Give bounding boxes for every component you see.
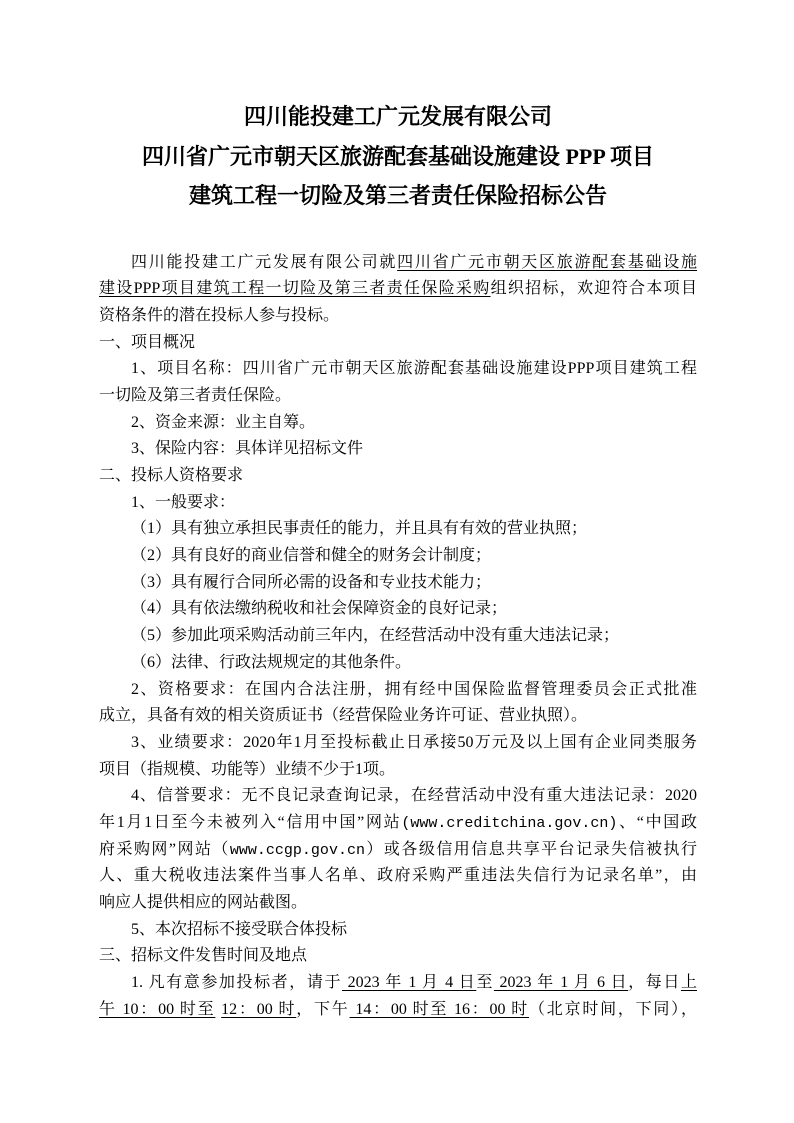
text-run: 一、项目概况 [99,334,195,351]
document-line: 建设PPP项目建筑工程一切险及第三者责任保险采购组织招标，欢迎符合本项目 [99,276,697,303]
text-run: 2、资金来源：业主自筹。 [131,414,315,431]
document-line: 4、信誉要求：无不良记录查询记录，在经营活动中没有重大违法记录：2020 [99,783,697,810]
document-line: 成立，具备有效的相关资质证书（经营保险业务许可证、营业执照）。 [99,703,697,730]
document-line: （5）参加此项采购活动前三年内，在经营活动中没有重大违法记录； [99,623,697,650]
text-run: 一切险及第三者责任保险。 [99,387,291,404]
underlined-text: 2023 年 1 月 6 日 [494,974,628,991]
text-run: 组织招标，欢迎符合本项目 [491,280,697,297]
text-run: 至 [476,974,494,991]
document-line: 响应人提供相应的网站截图。 [99,890,697,917]
document-line: 三、招标文件发售时间及地点 [99,943,697,970]
underlined-text: 四川省广元市朝天区旅游配套基础设施 [397,254,697,271]
document-line: （2）具有良好的商业信誉和健全的财务会计制度； [99,543,697,570]
underlined-text: 2023 年 1 月 4 日 [342,974,476,991]
text-run: （6）法律、行政法规规定的其他条件。 [131,654,411,671]
text-run: 5、本次招标不接受联合体投标 [131,921,347,938]
document-line: 项目（指规模、功能等）业绩不少于1项。 [99,757,697,784]
text-run: 1. 凡有意参加投标者，请于 [131,974,342,991]
text-run: 三、招标文件发售时间及地点 [99,947,307,964]
text-run: 成立，具备有效的相关资质证书（经营保险业务许可证、营业执照）。 [99,707,587,724]
document-line: 1. 凡有意参加投标者，请于 2023 年 1 月 4 日至 2023 年 1 … [99,970,697,997]
document-line: 府采购网”网站（www.ccgp.gov.cn）或各级信用信息共享平台记录失信被… [99,837,697,864]
document-line: 人、重大税收违法案件当事人名单、政府采购严重违法失信行为记录名单”，由 [99,863,697,890]
url-text: (www.creditchina.gov.cn) [401,815,617,832]
text-run: （3）具有履行合同所必需的设备和专业技术能力； [131,574,491,591]
document-line: 3、保险内容：具体详见招标文件 [99,436,697,463]
text-run: ，下午 [296,1001,349,1018]
document-line: 二、投标人资格要求 [99,463,697,490]
document-line: （4）具有依法缴纳税收和社会保障资金的良好记录； [99,596,697,623]
underlined-text: 14：00 时至 16：00 时 [350,1001,529,1018]
text-run: 2、资格要求：在国内合法注册，拥有经中国保险监督管理委员会正式批准 [131,681,697,698]
underlined-text: 12：00 时 [221,1001,296,1018]
url-text: www.ccgp.gov.cn [230,842,365,859]
text-run: 资格条件的潜在投标人参与投标。 [99,307,339,324]
text-run: 二、投标人资格要求 [99,467,243,484]
text-run: 年1月1日至今未被列入“信用中国”网站 [99,814,401,831]
text-run: ）或各级信用信息共享平台记录失信被执行 [365,841,697,858]
document-line: 1、一般要求： [99,490,697,517]
document-line: 资格条件的潜在投标人参与投标。 [99,303,697,330]
document-line: （1）具有独立承担民事责任的能力，并且具有有效的营业执照； [99,516,697,543]
document-line: 2、资金来源：业主自筹。 [99,410,697,437]
document-line: 午 10：00 时至 12：00 时，下午 14：00 时至 16：00 时（北… [99,997,697,1024]
text-run: 3、业绩要求：2020年1月至投标截止日承接50万元及以上国有企业同类服务 [131,734,697,751]
text-run: （4）具有依法缴纳税收和社会保障资金的良好记录； [131,600,507,617]
text-run: 1、一般要求： [131,494,235,511]
text-run: （5）参加此项采购活动前三年内，在经营活动中没有重大违法记录； [131,627,619,644]
underlined-text: 上 [681,974,697,991]
text-run: 、“中国政 [617,814,697,831]
underlined-text: 建设PPP项目建筑工程一切险及第三者责任保险采购 [99,280,491,297]
text-run: 府采购网”网站（ [99,841,230,858]
document-line: （3）具有履行合同所必需的设备和专业技术能力； [99,570,697,597]
text-run: 4、信誉要求：无不良记录查询记录，在经营活动中没有重大违法记录：2020 [131,787,697,804]
document-line: 5、本次招标不接受联合体投标 [99,917,697,944]
document-line: 2、资格要求：在国内合法注册，拥有经中国保险监督管理委员会正式批准 [99,677,697,704]
text-run: ，每日 [628,974,681,991]
document-title-line: 四川省广元市朝天区旅游配套基础设施建设 PPP 项目 [99,137,697,177]
document-title: 四川能投建工广元发展有限公司 四川省广元市朝天区旅游配套基础设施建设 PPP 项… [99,97,697,216]
text-run: （北京时间，下同）， [529,1001,697,1018]
document-line: （6）法律、行政法规规定的其他条件。 [99,650,697,677]
text-run: 项目（指规模、功能等）业绩不少于1项。 [99,761,395,778]
text-run: 四川能投建工广元发展有限公司就 [131,254,397,271]
text-run: 人、重大税收违法案件当事人名单、政府采购严重违法失信行为记录名单”，由 [99,867,697,884]
text-run: 响应人提供相应的网站截图。 [99,894,307,911]
document-page: 四川能投建工广元发展有限公司 四川省广元市朝天区旅游配套基础设施建设 PPP 项… [0,0,794,1123]
document-line: 四川能投建工广元发展有限公司就四川省广元市朝天区旅游配套基础设施 [99,250,697,277]
text-run: 3、保险内容：具体详见招标文件 [131,440,363,457]
text-run: （2）具有良好的商业信誉和健全的财务会计制度； [131,547,491,564]
text-run: 1、项目名称：四川省广元市朝天区旅游配套基础设施建设PPP项目建筑工程 [131,360,697,377]
document-body: 四川能投建工广元发展有限公司就四川省广元市朝天区旅游配套基础设施建设PPP项目建… [99,250,697,1024]
text-run: （1）具有独立承担民事责任的能力，并且具有有效的营业执照； [131,520,587,537]
document-title-line: 建筑工程一切险及第三者责任保险招标公告 [99,176,697,216]
document-line: 年1月1日至今未被列入“信用中国”网站(www.creditchina.gov.… [99,810,697,837]
document-line: 1、项目名称：四川省广元市朝天区旅游配套基础设施建设PPP项目建筑工程 [99,356,697,383]
document-line: 一切险及第三者责任保险。 [99,383,697,410]
document-title-line: 四川能投建工广元发展有限公司 [99,97,697,137]
underlined-text: 午 10：00 时至 [99,1001,215,1018]
document-line: 3、业绩要求：2020年1月至投标截止日承接50万元及以上国有企业同类服务 [99,730,697,757]
document-line: 一、项目概况 [99,330,697,357]
